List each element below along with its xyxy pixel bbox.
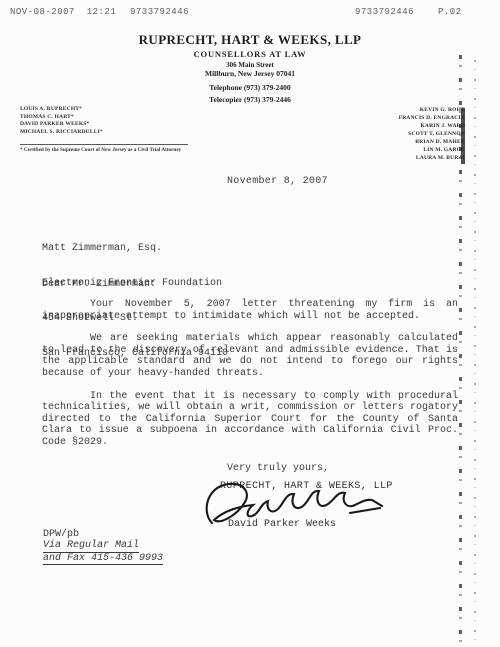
letter-date: November 8, 2007 (227, 176, 328, 187)
body-paragraph: We are seeking materials which appear re… (42, 333, 458, 379)
closing-line: Very truly yours, (227, 463, 329, 474)
delivery-method-line1: Via Regular Mail (43, 541, 139, 552)
body-paragraph: Your November 5, 2007 letter threatening… (42, 299, 458, 322)
letter-footer: DPW/pb Via Regular Mail and Fax 415-436 … (43, 529, 163, 565)
attorney-name: LAURA M. BURAI (399, 154, 465, 162)
attorney-name: LOUIS A. RUPRECHT* (20, 106, 103, 114)
attorney-name: KEVIN G. ROHE (399, 106, 465, 114)
fax-number-right: 9733792446 (355, 7, 414, 17)
attorney-name: DAVID PARKER WEEKS* (20, 121, 103, 129)
letter-body: Your November 5, 2007 letter threatening… (42, 299, 458, 460)
signer-name: David Parker Weeks (228, 519, 336, 530)
firm-telephone: Telephone (973) 379-2400 (0, 83, 500, 92)
attorney-name: BRIAN D. MAHER (399, 138, 465, 146)
attorney-name: SCOTT T. GLENNON (399, 130, 465, 138)
recipient-name: Matt Zimmerman, Esq. (42, 243, 228, 255)
scan-noise-line (474, 60, 476, 643)
attorney-name: THOMAS C. HART* (20, 114, 103, 122)
attorney-list-left: LOUIS A. RUPRECHT* THOMAS C. HART* DAVID… (20, 106, 103, 136)
letterhead: RUPRECHT, HART & WEEKS, LLP COUNSELLORS … (0, 32, 500, 104)
attorney-name: KARIN J. WARD (399, 122, 465, 130)
fax-sender-number: 9733792446 (130, 7, 189, 17)
firm-street: 306 Main Street (0, 61, 500, 69)
firm-telecopier: Telecopier (973) 379-2446 (0, 95, 500, 104)
salutation: Dear Mr. Zimmerman: (42, 279, 156, 290)
certification-footnote: * Certified by the Supreme Court of New … (20, 147, 181, 153)
fax-page-number: P.02 (438, 7, 462, 17)
attorney-name: LIN M. GARGE (399, 146, 465, 154)
attorney-name: FRANCIS D. ENGRACIA (399, 114, 465, 122)
firm-tagline: COUNSELLORS AT LAW (0, 49, 500, 59)
scanned-letter-page: NOV-08-2007 12:21 9733792446 9733792446 … (0, 0, 500, 647)
typist-initials: DPW/pb (43, 529, 163, 540)
scan-noise-smudge (461, 108, 465, 164)
fax-timestamp: NOV-08-2007 12:21 (10, 7, 116, 17)
firm-name: RUPRECHT, HART & WEEKS, LLP (0, 32, 500, 48)
body-paragraph: In the event that it is necessary to com… (42, 391, 458, 449)
firm-city: Millburn, New Jersey 07041 (0, 69, 500, 78)
attorney-name: MICHAEL S. RICCIARDULLI* (20, 129, 103, 137)
attorney-list-right: KEVIN G. ROHE FRANCIS D. ENGRACIA KARIN … (399, 106, 465, 162)
delivery-method-line2: and Fax 415-436 9993 (43, 554, 163, 565)
footnote-divider (20, 144, 188, 145)
